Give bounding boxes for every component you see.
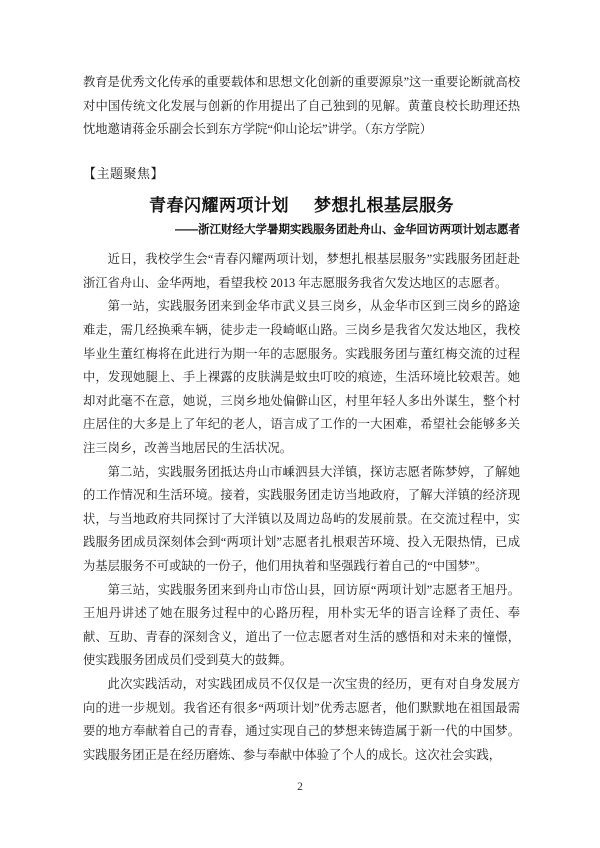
article-title-part1: 青春闪耀两项计划 [149,196,289,215]
article-byline: ——浙江财经大学暑期实践服务团赴舟山、金华回访两项计划志愿者 [83,221,520,240]
page-number: 2 [0,781,600,793]
article-title-part2: 梦想扎根基层服务 [314,196,454,215]
section-label: 【主题聚焦】 [83,162,520,186]
text-column: 教育是优秀文化传承的重要载体和思想文化创新的重要源泉”这一重要论断就高校对中国传… [83,71,520,767]
article-paragraph-3: 第二站，实践服务团抵达舟山市嵊泗县大洋镇，探访志愿者陈梦婷，了解她的工作情况和生… [83,461,520,579]
previous-article-continuation: 教育是优秀文化传承的重要载体和思想文化创新的重要源泉”这一重要论断就高校对中国传… [83,71,520,142]
article-paragraph-2: 第一站，实践服务团来到金华市武义县三岗乡，从金华市区到三岗乡的路途难走，需几经换… [83,295,520,460]
article-paragraph-4: 第三站，实践服务团来到舟山市岱山县，回访原“两项计划”志愿者王旭丹。王旭丹讲述了… [83,579,520,673]
article-paragraph-1: 近日，我校学生会“青春闪耀两项计划，梦想扎根基层服务”实践服务团赶赴浙江省舟山、… [83,248,520,295]
article-body: 近日，我校学生会“青春闪耀两项计划，梦想扎根基层服务”实践服务团赶赴浙江省舟山、… [83,248,520,767]
article-paragraph-5: 此次实践活动，对实践团成员不仅仅是一次宝贵的经历，更有对自身发展方向的进一步规划… [83,673,520,767]
document-page: 教育是优秀文化传承的重要载体和思想文化创新的重要源泉”这一重要论断就高校对中国传… [0,0,600,848]
article-title: 青春闪耀两项计划梦想扎根基层服务 [83,194,520,218]
